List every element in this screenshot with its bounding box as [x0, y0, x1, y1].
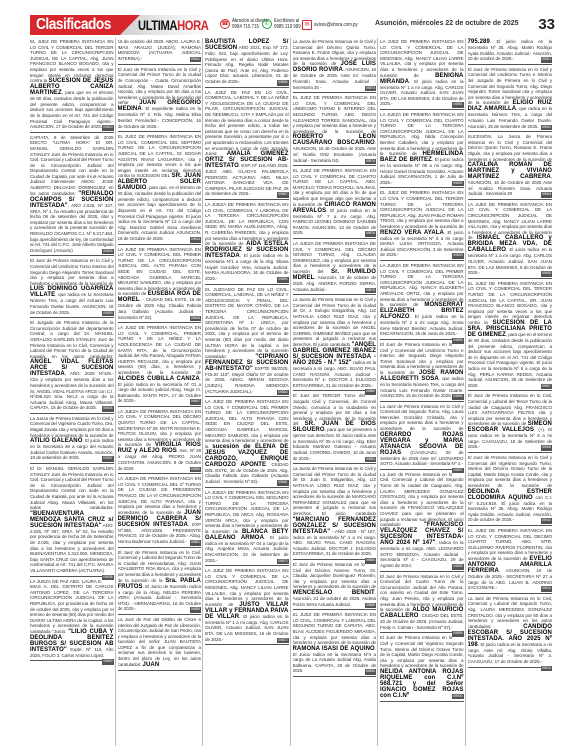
notice-code: 09874: [365, 159, 376, 165]
notice-text-end: . El juicio radica en la Secretaría a mi…: [468, 642, 553, 664]
legal-notice: LA JUEZA DE PRIMERA INSTANCIA EN LO CIVI…: [205, 489, 289, 567]
legal-notice: El Juzgado de Primera Instancia de la Ci…: [30, 319, 114, 414]
notice-code: 09892: [452, 181, 463, 187]
notice-code: 09856: [277, 80, 288, 86]
page-number: 33: [538, 16, 555, 33]
notice-code: 09826: [102, 249, 113, 255]
legal-notice: LA JUEZA DE PRIMERA INSTANCIA EN LO CIVI…: [118, 408, 202, 474]
notice-code: 09905: [541, 271, 552, 277]
phone-icon: ☎: [220, 19, 230, 29]
legal-notice: EL JUEZ DE PRIMERA INSTANCIA EN LO CIVIL…: [468, 280, 553, 392]
notice-name: JUAN: [143, 662, 160, 668]
legal-notice: El Juez de Primera Instancia en lo Civil…: [118, 66, 202, 132]
contact-phone-value: 0994 715 715: [232, 24, 259, 30]
notice-code: 09878: [365, 288, 376, 294]
legal-notice: LA JUEZA DE PRIMERA INSTANCIA EN LO CIVI…: [118, 475, 202, 547]
mail-icon: ✉: [302, 20, 312, 30]
column-5: LA JUEZ DE PRIMERA INSTANCIA EN LO CIVIL…: [380, 38, 466, 746]
legal-notice: LA JUEZ DE PRIMERA INSTANCIA EN LO CIVIL…: [205, 398, 289, 488]
legal-notice: EL JUEZ DE PRIMERA INSTANCIA EN LO CIVIL…: [293, 167, 377, 239]
legal-notice: CAPIATA, 9 de Setiembre de 2025 EDICTO "…: [30, 134, 114, 257]
notice-text: EL JUEZ DE PRIMERA INSTANCIA EN LO CIVIL…: [380, 190, 464, 229]
notice-text: La Jueza de Primera Instancia en lo Civi…: [30, 416, 114, 438]
notice-text: LA JUEZ DE PRIMERA INSTANCIA EN LO CIVIL…: [118, 247, 202, 297]
notice-name: CATALINA ROMAN DE MARTINEZ y VIVIANO MAR…: [468, 162, 553, 180]
legal-notice: El Juez de Primera Instancia en lo Civil…: [30, 257, 114, 318]
legal-notice: El Juez del TERCER Turno del Juzgado Civ…: [293, 392, 377, 464]
legal-notice: EL JUEZ DE PRIMERA INSTANCIA EN LO CIVIL…: [293, 611, 377, 677]
notice-code: 09908: [541, 445, 552, 451]
legal-notice: 16 de octubre del 2025. ABOG. LAURA E. I…: [118, 38, 202, 65]
notice-text: LA JUEZA DE PRIMERA INSTANCIA EN LO CIVI…: [205, 490, 289, 534]
notice-code: 09876: [365, 231, 376, 237]
notice-code: 09899: [452, 631, 463, 637]
column-3: BAUTISTA LOPEZ S/ SUCESION AÑO 2021, Exp…: [205, 38, 291, 746]
legal-notice: La Juez de Primera Instancia en lo Civil…: [468, 595, 553, 668]
section-title: Clasificados: [36, 15, 111, 35]
legal-notice: El Juez de Primera Instancia en lo Civil…: [293, 561, 377, 610]
legal-notice: EL JUEZ DE PRIMERA INSTANCIA EN LO CIVIL…: [293, 94, 377, 166]
notice-text: EL JUEZ DE PRIMERA INSTANCIA EN LO CIVIL…: [468, 281, 553, 325]
legal-notice: La Jueza de Primera Instancia en lo Civi…: [293, 38, 377, 93]
notice-code: 09843: [190, 237, 201, 243]
legal-notice: El Juez de Primera Instancia en lo Civil…: [468, 392, 553, 453]
notice-code: 09860: [277, 390, 288, 396]
notice-text: EL JUEZ DE PRIMERA INSTANCIA EN LO CIVIL…: [118, 134, 202, 178]
contact-email: ✉ avisos@uhora.com.py: [302, 20, 365, 30]
legal-notice: EL JUEZ DE PRIMERA INSTANCIA EN LO CIVIL…: [380, 189, 464, 261]
notice-code: 09870: [277, 559, 288, 565]
notice-text-end: AÑO 2021, Exp. Nº 173, Folio: 022, bajo …: [205, 45, 289, 84]
notice-text: LA JUEZ DE PAZ EN LO CIVIL, COMERCIAL, L…: [205, 90, 289, 157]
notice-code: 09904: [541, 192, 552, 198]
legal-notice: 795.289. El juicio radica en la Secretar…: [468, 38, 553, 65]
notice-code: 09913: [541, 666, 552, 672]
legal-notice: El Juez de Primera Instancia en lo Civil…: [468, 454, 553, 526]
notice-text: LA JUEZA DE PAZ ABG. LAURA E. IMAS A. DE…: [30, 579, 114, 634]
notice-code: 09910: [541, 518, 552, 524]
legal-notice: La Jueza de Primera Instancia en lo Civi…: [30, 415, 114, 464]
notice-code: 09845: [190, 316, 201, 322]
notice-code: 09838: [102, 575, 113, 581]
notice-text: SUCESIÓN. La Jueza de Primera Instancia …: [468, 134, 553, 161]
page-header: Clasificados ULTIMAHORA ☎ Atención al cl…: [30, 15, 555, 35]
notice-text-end: , para que en el término de 60 días, con…: [30, 90, 114, 129]
notice-code: 09907: [541, 384, 552, 390]
notice-text: LA JUEZA DE PRIMERA INSTANCIA EN LO CIVI…: [205, 202, 289, 246]
notice-code: 09872: [277, 638, 288, 644]
legal-notice: El Juez de Primera Instancia en lo Civil…: [380, 341, 464, 402]
legal-notice: LA JUEZA DE PRIMERA INSTANCIA EN LO CIVI…: [380, 111, 464, 189]
notice-code: 09902: [541, 125, 552, 131]
classifieds-columns: EL JUEZ DE PRIMERA INSTANCIA EN LO CIVIL…: [30, 38, 554, 746]
notice-code: 09898: [452, 564, 463, 570]
legal-notice: La Jueza de Primera Instancia en lo Civi…: [293, 296, 377, 391]
notice-code: 09891: [452, 102, 463, 108]
legal-notice: EL JUEZ DE PRIMERA INSTANCIA EN LO CIVIL…: [30, 38, 114, 133]
legal-notice: El Juez de Primera Instancia en lo Civil…: [380, 573, 464, 634]
legal-notice: LA JUEZ DE PRIMERA INSTANCIA EN LO CIVIL…: [118, 246, 202, 324]
notice-code: 09857: [277, 192, 288, 198]
notice-code: 09840: [102, 659, 113, 665]
notice-text: LA JUEZ DE PRIMERA INSTANCIA EN LO CIVIL…: [118, 325, 202, 375]
legal-notice: La Juez de Paz del Distrito de Chore e i…: [118, 616, 202, 671]
legal-notice: LA JUEZA DE PRIMERA INSTANCIA EN LO CIVI…: [205, 201, 289, 285]
notice-text: EL JUEZ DE PRIMERA INSTANCIA EN LO CIVIL…: [30, 39, 114, 83]
notice-code: 09859: [277, 277, 288, 283]
notice-code: 09842: [190, 57, 201, 63]
column-4: La Jueza de Primera Instancia en lo Civi…: [293, 38, 379, 746]
notice-code: 09829: [102, 311, 113, 317]
notice-text: El Juez de Primera Instancia en lo Civil…: [380, 635, 464, 668]
notice-code: 09890: [365, 669, 376, 675]
notice-text: La Juez de Primera Instancia en lo Civil…: [380, 472, 464, 527]
legal-notice: EL JUEZ DE PRIMERA INSTANCIA EN LO CIVIL…: [468, 527, 553, 594]
notice-code: 09861: [277, 480, 288, 486]
notice-text: La Juez de Primera Instancia en lo Civil…: [380, 404, 464, 431]
notice-text: El Juzgado de Primera Instancia de la Ci…: [30, 320, 114, 359]
logo-part-1: ULTIMA: [138, 17, 177, 33]
notice-text: EL JUZGADO DE PAZ EN LO CIVIL, COMERCIAL…: [205, 287, 289, 359]
column-1: EL JUEZ DE PRIMERA INSTANCIA EN LO CIVIL…: [30, 38, 116, 746]
column-6: 795.289. El juicio radica en la Secretar…: [468, 38, 554, 746]
notice-text: LA JUEZA DE PRIMERA INSTANCIA EN LO CIVI…: [380, 263, 464, 307]
notice-text-end: , AÑO 2.025, Nº 427, SRIA. Nº 1, ha resu…: [30, 203, 114, 253]
notice-text: 16 de octubre del 2025. ABOG. LAURA E. I…: [118, 39, 202, 61]
contact-email-value: avisos@uhora.com.py: [314, 22, 358, 28]
notice-text: EL JUEZ DE PRIMERA INSTANCIA EN LO CIVIL…: [293, 612, 377, 645]
notice-code: 09888: [365, 603, 376, 609]
notice-code: 09847: [190, 399, 201, 405]
legal-notice: LA JUEZ DE PAZ EN LO CIVIL, COMERCIAL, L…: [205, 89, 289, 201]
notice-code: 09901: [541, 57, 552, 63]
notice-code: 09850: [190, 467, 201, 473]
legal-notice: SUCESIÓN. La Jueza de Primera Instancia …: [468, 133, 553, 200]
contact-whatsapp: ✆ Escríbinos al0985 119 999: [262, 18, 305, 30]
notice-code: 09851: [190, 540, 201, 546]
notice-code: 09896: [452, 394, 463, 400]
whatsapp-icon: ✆: [262, 19, 272, 29]
legal-notice: La Juez de Primera Instancia en lo Civil…: [380, 471, 464, 572]
notice-name: NELIDA ANTONIA ROJAS RIQUELME con C.I.Nº…: [380, 669, 464, 699]
contact-whatsapp-value: 0985 119 999: [274, 24, 301, 30]
notice-name: ROBERTO LEON CAUSARANO BOSCARINO: [293, 134, 377, 146]
notice-text: LA JUEZA DE PRIMERA INSTANCIA EN LO CIVI…: [380, 112, 464, 156]
notice-text-end: , AÑO: 2025 Nº429.- Cita y emplaza por s…: [30, 371, 114, 410]
notice-text: LA JUEZ DE PRIMERA INSTANCIA EN LO CIVIL…: [205, 399, 289, 449]
notice-code: 09884: [365, 558, 376, 564]
notice-text-end: , para que en el termino de 60 días, con…: [468, 332, 553, 388]
legal-notice: El Juez de Primera Instancia en lo Civil…: [380, 634, 464, 702]
legal-notice: LA JUEZ DE PRIMERA INSTANCIA EN LO CIVIL…: [380, 38, 464, 110]
notice-code: 09880: [365, 389, 376, 395]
notice-code: 09834: [102, 406, 113, 412]
notice-code: 09912: [541, 586, 552, 592]
legal-notice: EL JUZGADO DE PAZ EN LO CIVIL, COMERCIAL…: [205, 286, 289, 398]
notice-code: 09893: [452, 253, 463, 259]
legal-notice: La Jueza de Primera Instancia en lo Civi…: [293, 465, 377, 560]
notice-text: El Juez de Primera Instancia en lo Civil…: [468, 455, 553, 488]
notice-code: 09900: [452, 694, 463, 700]
legal-notice: LA JUEZA DE PRIMERA INSTANCIA EN LO CIVI…: [380, 262, 464, 340]
legal-notice: El Juez de Primera Instancia en lo Civil…: [118, 549, 202, 615]
logo-part-2: HORA: [177, 17, 208, 33]
notice-text-end: , para que, en el término de 60 días, co…: [118, 185, 202, 241]
legal-notice: LA JUEZ DE PRIMERA INSTANCIA EN LO CIVIL…: [118, 324, 202, 407]
legal-notice: El Dr. MANUEL GERALDO SAIFILDIN STANLEY …: [30, 465, 114, 577]
notice-text: El Juez de Primera Instancia en lo Civil…: [293, 562, 377, 589]
legal-notice: EL JUEZ DE PRIMERA INSTANCIA EN LO CIVIL…: [118, 133, 202, 245]
notice-code: 09883: [365, 457, 376, 463]
notice-text: CAPIATA, 9 de Setiembre de 2025 EDICTO "…: [30, 135, 114, 196]
notice-text: El Dr. MANUEL GERALDO SAIFILDIN STANLEY …: [30, 466, 114, 510]
notice-code: 09895: [452, 338, 463, 344]
column-2: 16 de octubre del 2025. ABOG. LAURA E. I…: [118, 38, 204, 746]
notice-code: 09897: [452, 468, 463, 474]
legal-notice: El Juez de Primera Instancia en lo Civil…: [468, 66, 553, 132]
notice-text-end: AÑO: 2.025, Nº 367, SRIA. Nº 02, ha resu…: [30, 523, 114, 573]
newspaper-logo: ULTIMAHORA: [138, 17, 208, 33]
notice-text: EL JUEZ DE PRIMERA INSTANCIA EN LO CIVIL…: [293, 95, 377, 134]
notice-code: 09837: [102, 456, 113, 462]
notice-code: 09855: [190, 607, 201, 613]
legal-notice: LA JUEZA DE PRIMERA INSTANCIA DE CIVIL Y…: [293, 240, 377, 295]
notice-code: 09873: [365, 86, 376, 92]
legal-notice: LA JUEZ DE PRIMERA INSTANCIA EN LO CIVIL…: [468, 201, 553, 279]
notice-text: La Jueza de Primera Instancia en lo Civi…: [293, 466, 377, 516]
legal-notice: BAUTISTA LOPEZ S/ SUCESION AÑO 2021, Exp…: [205, 38, 289, 88]
notice-text: La Juez de Paz del Distrito de Chore e i…: [118, 617, 202, 667]
legal-notice: La Juez de Primera Instancia en lo Civil…: [380, 403, 464, 470]
legal-notice: LA JUEZ DE PRIMERA INSTANCIA EN LO CIVIL…: [205, 567, 289, 645]
notice-text: La Jueza de Primera Instancia en lo Civi…: [293, 297, 377, 347]
notice-text: El Juez de Primera Instancia en lo Civil…: [30, 258, 114, 285]
notice-code: 09823: [102, 125, 113, 131]
issue-date: Asunción, miércoles 22 de octubre de 202…: [375, 20, 519, 27]
legal-notice: LA JUEZA DE PAZ ABG. LAURA E. IMAS A. DE…: [30, 578, 114, 662]
